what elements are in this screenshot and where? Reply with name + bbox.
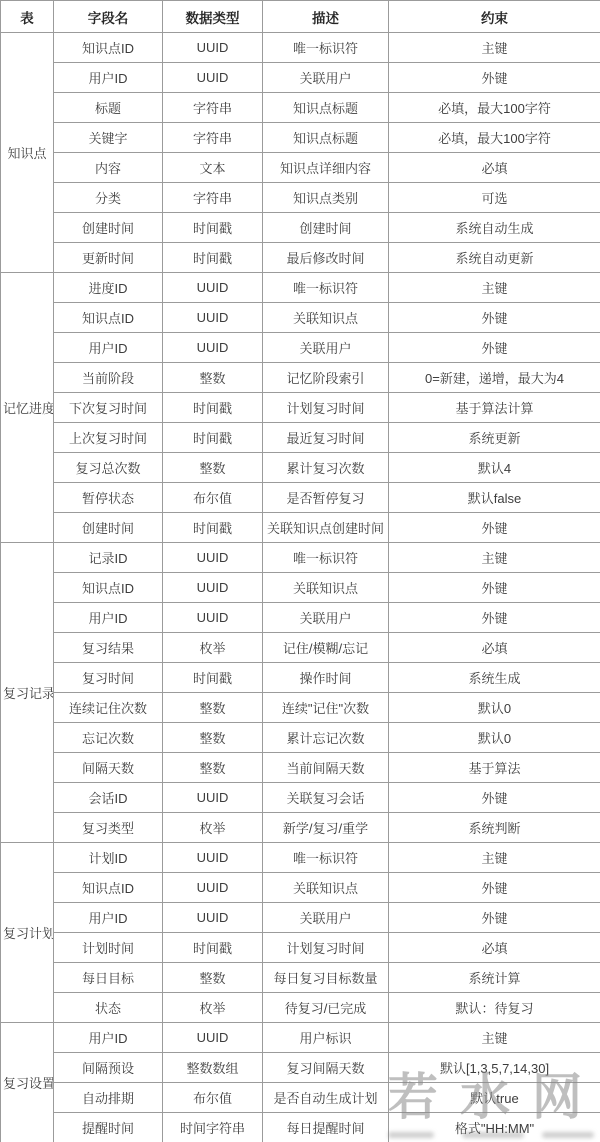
cell-description: 操作时间 [263, 663, 389, 693]
table-row: 复习结果枚举记住/模糊/忘记必填 [1, 633, 600, 663]
table-row: 当前阶段整数记忆阶段索引0=新建，递增，最大为4 [1, 363, 600, 393]
cell-data-type: 整数 [163, 723, 263, 753]
cell-data-type: 整数数组 [163, 1053, 263, 1083]
header-constraint: 约束 [389, 1, 600, 33]
table-row: 复习计划计划IDUUID唯一标识符主键 [1, 843, 600, 873]
cell-description: 知识点标题 [263, 93, 389, 123]
table-row: 知识点知识点IDUUID唯一标识符主键 [1, 33, 600, 63]
cell-data-type: 文本 [163, 153, 263, 183]
cell-field-name: 会话ID [54, 783, 163, 813]
table-row: 上次复习时间时间戳最近复习时间系统更新 [1, 423, 600, 453]
cell-constraint: 默认false [389, 483, 600, 513]
cell-constraint: 必填，最大100字符 [389, 123, 600, 153]
cell-data-type: 时间字符串 [163, 1113, 263, 1142]
cell-data-type: 字符串 [163, 183, 263, 213]
cell-constraint: 外键 [389, 603, 600, 633]
cell-constraint: 外键 [389, 333, 600, 363]
cell-description: 是否自动生成计划 [263, 1083, 389, 1113]
cell-constraint: 默认true [389, 1083, 600, 1113]
table-row: 知识点IDUUID关联知识点外键 [1, 303, 600, 333]
cell-description: 关联复习会话 [263, 783, 389, 813]
cell-description: 唯一标识符 [263, 843, 389, 873]
cell-data-type: 整数 [163, 753, 263, 783]
cell-constraint: 系统判断 [389, 813, 600, 843]
cell-field-name: 用户ID [54, 1023, 163, 1053]
header-row: 表 字段名 数据类型 描述 约束 [1, 1, 600, 33]
cell-data-type: 时间戳 [163, 393, 263, 423]
header-table: 表 [1, 1, 54, 33]
cell-description: 关联知识点创建时间 [263, 513, 389, 543]
cell-constraint: 基于算法 [389, 753, 600, 783]
cell-data-type: UUID [163, 573, 263, 603]
cell-field-name: 下次复习时间 [54, 393, 163, 423]
cell-data-type: UUID [163, 63, 263, 93]
cell-constraint: 系统自动更新 [389, 243, 600, 273]
table-row: 知识点IDUUID关联知识点外键 [1, 573, 600, 603]
cell-description: 复习间隔天数 [263, 1053, 389, 1083]
cell-description: 每日提醒时间 [263, 1113, 389, 1142]
cell-constraint: 主键 [389, 273, 600, 303]
cell-description: 关联知识点 [263, 573, 389, 603]
table-row: 会话IDUUID关联复习会话外键 [1, 783, 600, 813]
table-row: 连续记住次数整数连续"记住"次数默认0 [1, 693, 600, 723]
table-row: 自动排期布尔值是否自动生成计划默认true [1, 1083, 600, 1113]
cell-description: 新学/复习/重学 [263, 813, 389, 843]
cell-data-type: 时间戳 [163, 933, 263, 963]
cell-constraint: 主键 [389, 843, 600, 873]
cell-description: 记住/模糊/忘记 [263, 633, 389, 663]
cell-data-type: UUID [163, 333, 263, 363]
cell-description: 是否暂停复习 [263, 483, 389, 513]
cell-field-name: 知识点ID [54, 873, 163, 903]
cell-data-type: 时间戳 [163, 243, 263, 273]
table-row: 计划时间时间戳计划复习时间必填 [1, 933, 600, 963]
cell-data-type: 布尔值 [163, 483, 263, 513]
schema-table-body: 知识点知识点IDUUID唯一标识符主键用户IDUUID关联用户外键标题字符串知识… [1, 33, 600, 1142]
cell-field-name: 间隔预设 [54, 1053, 163, 1083]
table-row: 用户IDUUID关联用户外键 [1, 333, 600, 363]
cell-field-name: 状态 [54, 993, 163, 1023]
cell-data-type: UUID [163, 603, 263, 633]
cell-field-name: 创建时间 [54, 213, 163, 243]
cell-constraint: 外键 [389, 903, 600, 933]
cell-constraint: 0=新建，递增，最大为4 [389, 363, 600, 393]
cell-description: 累计忘记次数 [263, 723, 389, 753]
cell-description: 关联用户 [263, 63, 389, 93]
cell-constraint: 外键 [389, 783, 600, 813]
cell-data-type: 时间戳 [163, 663, 263, 693]
cell-data-type: 时间戳 [163, 423, 263, 453]
table-row: 用户IDUUID关联用户外键 [1, 63, 600, 93]
cell-field-name: 用户ID [54, 333, 163, 363]
cell-description: 最后修改时间 [263, 243, 389, 273]
cell-field-name: 知识点ID [54, 303, 163, 333]
table-group-cell: 复习记录 [1, 543, 54, 843]
cell-constraint: 外键 [389, 873, 600, 903]
cell-field-name: 复习结果 [54, 633, 163, 663]
cell-data-type: 布尔值 [163, 1083, 263, 1113]
cell-field-name: 分类 [54, 183, 163, 213]
table-row: 知识点IDUUID关联知识点外键 [1, 873, 600, 903]
cell-field-name: 计划时间 [54, 933, 163, 963]
cell-field-name: 关键字 [54, 123, 163, 153]
cell-description: 知识点类别 [263, 183, 389, 213]
table-row: 复习记录记录IDUUID唯一标识符主键 [1, 543, 600, 573]
table-group-cell: 复习设置 [1, 1023, 54, 1142]
cell-data-type: UUID [163, 303, 263, 333]
cell-constraint: 默认0 [389, 723, 600, 753]
cell-constraint: 系统计算 [389, 963, 600, 993]
cell-description: 唯一标识符 [263, 273, 389, 303]
cell-field-name: 复习时间 [54, 663, 163, 693]
cell-description: 唯一标识符 [263, 33, 389, 63]
cell-data-type: 时间戳 [163, 513, 263, 543]
cell-data-type: UUID [163, 903, 263, 933]
table-group-cell: 知识点 [1, 33, 54, 273]
schema-table: 表 字段名 数据类型 描述 约束 知识点知识点IDUUID唯一标识符主键用户ID… [0, 0, 600, 1142]
cell-data-type: UUID [163, 1023, 263, 1053]
cell-data-type: 字符串 [163, 93, 263, 123]
cell-description: 知识点标题 [263, 123, 389, 153]
cell-data-type: 整数 [163, 363, 263, 393]
cell-description: 计划复习时间 [263, 933, 389, 963]
cell-constraint: 主键 [389, 1023, 600, 1053]
cell-constraint: 外键 [389, 63, 600, 93]
cell-description: 累计复习次数 [263, 453, 389, 483]
cell-description: 唯一标识符 [263, 543, 389, 573]
cell-description: 关联知识点 [263, 303, 389, 333]
header-field-name: 字段名 [54, 1, 163, 33]
header-data-type: 数据类型 [163, 1, 263, 33]
cell-data-type: 枚举 [163, 813, 263, 843]
cell-data-type: UUID [163, 273, 263, 303]
cell-description: 计划复习时间 [263, 393, 389, 423]
cell-field-name: 更新时间 [54, 243, 163, 273]
cell-field-name: 计划ID [54, 843, 163, 873]
cell-field-name: 暂停状态 [54, 483, 163, 513]
cell-data-type: 枚举 [163, 633, 263, 663]
cell-field-name: 提醒时间 [54, 1113, 163, 1142]
table-row: 复习时间时间戳操作时间系统生成 [1, 663, 600, 693]
table-row: 创建时间时间戳关联知识点创建时间外键 [1, 513, 600, 543]
table-group-cell: 复习计划 [1, 843, 54, 1023]
cell-field-name: 创建时间 [54, 513, 163, 543]
table-row: 每日目标整数每日复习目标数量系统计算 [1, 963, 600, 993]
cell-field-name: 标题 [54, 93, 163, 123]
cell-field-name: 上次复习时间 [54, 423, 163, 453]
cell-description: 关联用户 [263, 333, 389, 363]
cell-constraint: 必填 [389, 153, 600, 183]
table-row: 创建时间时间戳创建时间系统自动生成 [1, 213, 600, 243]
cell-field-name: 知识点ID [54, 33, 163, 63]
table-row: 关键字字符串知识点标题必填，最大100字符 [1, 123, 600, 153]
cell-field-name: 复习类型 [54, 813, 163, 843]
cell-constraint: 外键 [389, 513, 600, 543]
cell-constraint: 主键 [389, 33, 600, 63]
cell-field-name: 用户ID [54, 903, 163, 933]
cell-data-type: 整数 [163, 963, 263, 993]
cell-constraint: 必填 [389, 933, 600, 963]
table-row: 间隔天数整数当前间隔天数基于算法 [1, 753, 600, 783]
table-row: 间隔预设整数数组复习间隔天数默认[1,3,5,7,14,30] [1, 1053, 600, 1083]
cell-description: 关联用户 [263, 603, 389, 633]
cell-constraint: 格式"HH:MM" [389, 1113, 600, 1142]
cell-field-name: 每日目标 [54, 963, 163, 993]
cell-constraint: 系统生成 [389, 663, 600, 693]
cell-data-type: 整数 [163, 693, 263, 723]
cell-constraint: 系统更新 [389, 423, 600, 453]
cell-field-name: 知识点ID [54, 573, 163, 603]
table-row: 忘记次数整数累计忘记次数默认0 [1, 723, 600, 753]
cell-constraint: 外键 [389, 573, 600, 603]
table-row: 用户IDUUID关联用户外键 [1, 903, 600, 933]
cell-field-name: 用户ID [54, 63, 163, 93]
table-row: 暂停状态布尔值是否暂停复习默认false [1, 483, 600, 513]
table-row: 用户IDUUID关联用户外键 [1, 603, 600, 633]
cell-data-type: UUID [163, 843, 263, 873]
cell-field-name: 当前阶段 [54, 363, 163, 393]
cell-field-name: 复习总次数 [54, 453, 163, 483]
table-row: 下次复习时间时间戳计划复习时间基于算法计算 [1, 393, 600, 423]
cell-constraint: 必填，最大100字符 [389, 93, 600, 123]
cell-constraint: 必填 [389, 633, 600, 663]
cell-data-type: 枚举 [163, 993, 263, 1023]
cell-field-name: 忘记次数 [54, 723, 163, 753]
cell-constraint: 可选 [389, 183, 600, 213]
cell-data-type: UUID [163, 543, 263, 573]
table-row: 更新时间时间戳最后修改时间系统自动更新 [1, 243, 600, 273]
cell-description: 最近复习时间 [263, 423, 389, 453]
cell-field-name: 内容 [54, 153, 163, 183]
cell-description: 用户标识 [263, 1023, 389, 1053]
cell-description: 记忆阶段索引 [263, 363, 389, 393]
cell-field-name: 用户ID [54, 603, 163, 633]
cell-data-type: UUID [163, 33, 263, 63]
cell-data-type: 时间戳 [163, 213, 263, 243]
cell-constraint: 默认0 [389, 693, 600, 723]
cell-data-type: 字符串 [163, 123, 263, 153]
table-row: 提醒时间时间字符串每日提醒时间格式"HH:MM" [1, 1113, 600, 1142]
cell-description: 创建时间 [263, 213, 389, 243]
cell-description: 连续"记住"次数 [263, 693, 389, 723]
cell-field-name: 自动排期 [54, 1083, 163, 1113]
cell-field-name: 记录ID [54, 543, 163, 573]
cell-constraint: 主键 [389, 543, 600, 573]
cell-data-type: 整数 [163, 453, 263, 483]
cell-description: 待复习/已完成 [263, 993, 389, 1023]
cell-description: 当前间隔天数 [263, 753, 389, 783]
table-row: 复习设置用户IDUUID用户标识主键 [1, 1023, 600, 1053]
cell-data-type: UUID [163, 783, 263, 813]
cell-description: 关联用户 [263, 903, 389, 933]
cell-constraint: 外键 [389, 303, 600, 333]
cell-field-name: 连续记住次数 [54, 693, 163, 723]
table-group-cell: 记忆进度 [1, 273, 54, 543]
table-row: 记忆进度进度IDUUID唯一标识符主键 [1, 273, 600, 303]
cell-description: 每日复习目标数量 [263, 963, 389, 993]
table-row: 复习总次数整数累计复习次数默认4 [1, 453, 600, 483]
cell-description: 知识点详细内容 [263, 153, 389, 183]
cell-constraint: 基于算法计算 [389, 393, 600, 423]
cell-constraint: 系统自动生成 [389, 213, 600, 243]
cell-data-type: UUID [163, 873, 263, 903]
table-row: 标题字符串知识点标题必填，最大100字符 [1, 93, 600, 123]
cell-constraint: 默认：待复习 [389, 993, 600, 1023]
cell-description: 关联知识点 [263, 873, 389, 903]
cell-constraint: 默认[1,3,5,7,14,30] [389, 1053, 600, 1083]
table-row: 分类字符串知识点类别可选 [1, 183, 600, 213]
cell-field-name: 进度ID [54, 273, 163, 303]
header-description: 描述 [263, 1, 389, 33]
cell-constraint: 默认4 [389, 453, 600, 483]
table-row: 状态枚举待复习/已完成默认：待复习 [1, 993, 600, 1023]
cell-field-name: 间隔天数 [54, 753, 163, 783]
table-row: 复习类型枚举新学/复习/重学系统判断 [1, 813, 600, 843]
table-row: 内容文本知识点详细内容必填 [1, 153, 600, 183]
